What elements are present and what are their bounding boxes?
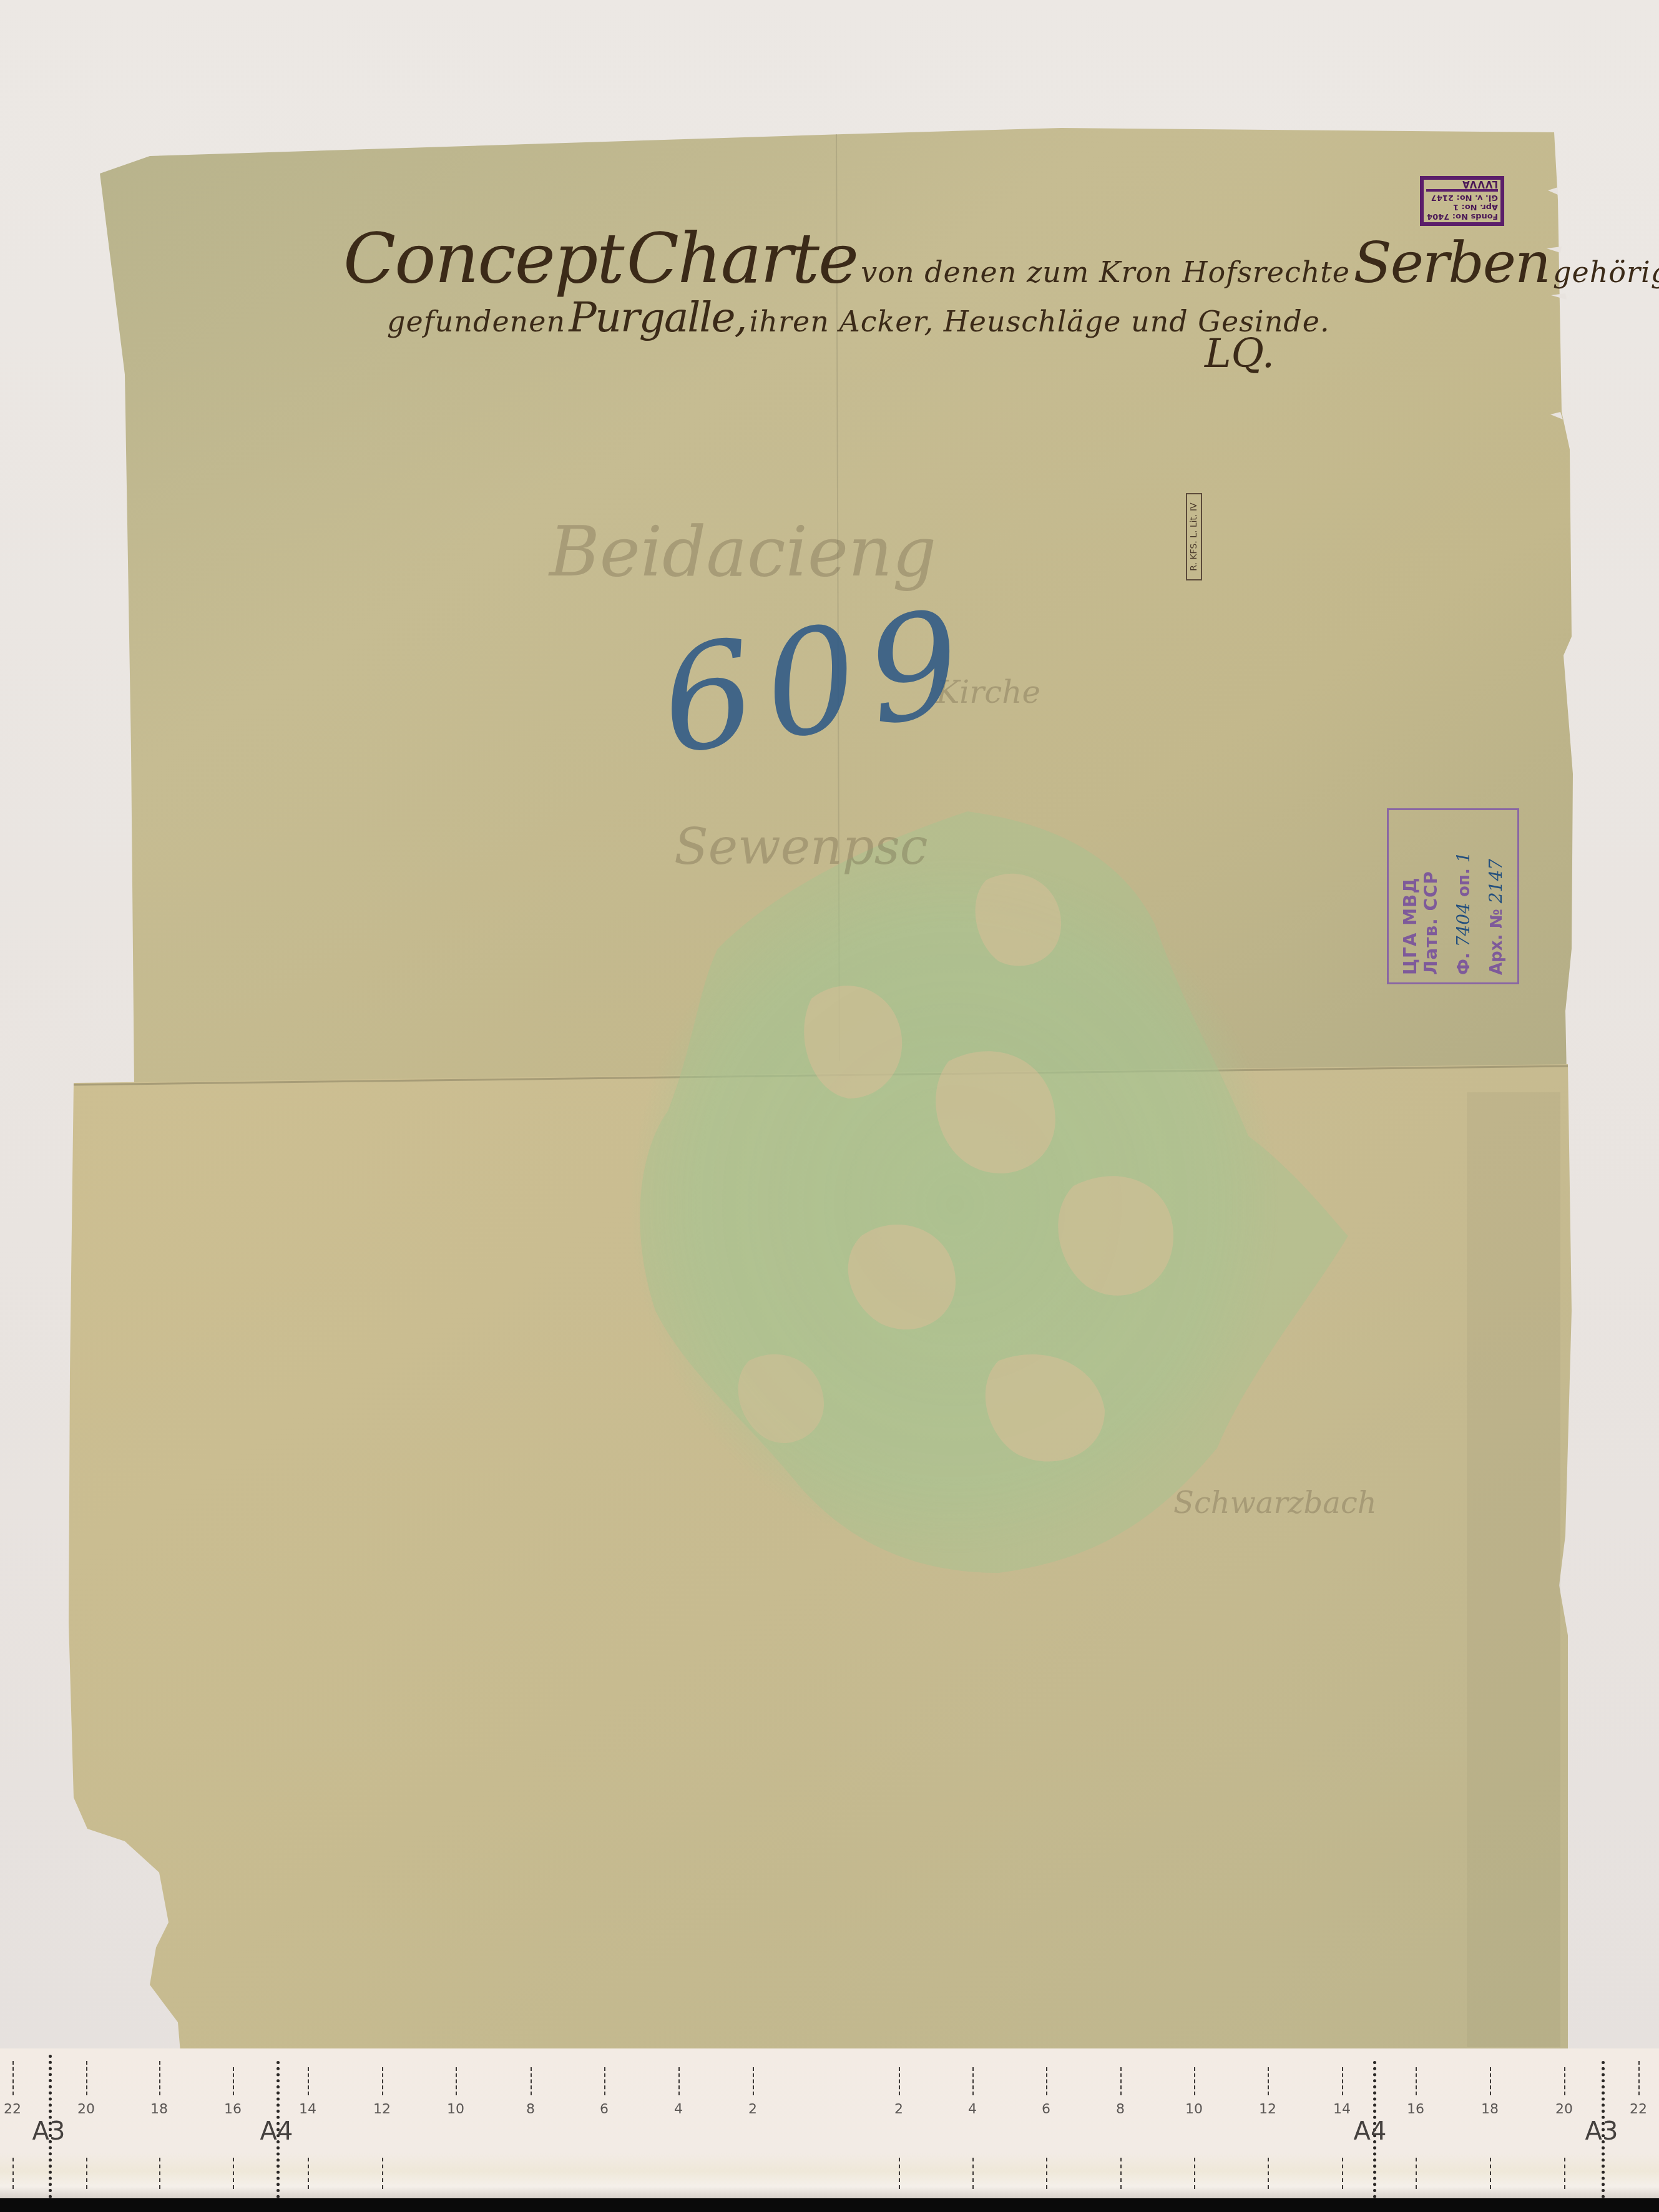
ruler-tick bbox=[972, 2158, 975, 2189]
ruler-label: 6 bbox=[1042, 2102, 1050, 2117]
ruler-label: 12 bbox=[373, 2102, 391, 2117]
ruler-label: 4 bbox=[674, 2102, 683, 2117]
ruler-label: 20 bbox=[1555, 2102, 1573, 2117]
stamp-glv: Gl. v. No: 2147 bbox=[1426, 193, 1498, 202]
ruler-tick bbox=[1638, 2061, 1641, 2095]
scale-ruler: 22 20 18 16 14 12 10 8 6 4 2 2 4 6 8 10 … bbox=[0, 2048, 1659, 2198]
small-stamp-text: R. KFS. L. Lit. IV bbox=[1189, 502, 1199, 570]
ruler-label: 14 bbox=[299, 2102, 316, 2117]
ruler-label: 20 bbox=[77, 2102, 95, 2117]
ruler-label: 16 bbox=[1407, 2102, 1424, 2117]
author-initials: LQ. bbox=[1205, 331, 1275, 377]
faint-text-3: Schwarzbach bbox=[1173, 1485, 1377, 1520]
ruler-tick bbox=[1564, 2067, 1567, 2095]
ruler-tick bbox=[1268, 2158, 1270, 2189]
ruler-tick bbox=[1194, 2158, 1197, 2189]
ruler-tick bbox=[456, 2067, 458, 2095]
ruler-tick bbox=[382, 2158, 384, 2189]
title-phrase-1: von denen zum Kron Hofsrechte bbox=[861, 255, 1350, 289]
ruler-tick bbox=[899, 2067, 901, 2095]
ruler-tick bbox=[1490, 2158, 1492, 2189]
title-line-1: Concept Charte von denen zum Kron Hofsre… bbox=[343, 218, 1659, 298]
title-word-concept: Concept bbox=[343, 218, 624, 298]
stamp-fond-line: Ф. 7404 оп. 1 bbox=[1453, 818, 1474, 975]
ruler-label: 2 bbox=[748, 2102, 757, 2117]
ruler-tick bbox=[1194, 2067, 1197, 2095]
ruler-tick bbox=[753, 2067, 755, 2095]
ruler-label-a4-left: A4 bbox=[260, 2117, 293, 2146]
title-word-serben: Serben bbox=[1353, 230, 1550, 296]
ruler-tick bbox=[1046, 2067, 1049, 2095]
ruler-tick bbox=[1046, 2158, 1049, 2189]
ruler-tick bbox=[308, 2067, 310, 2095]
title-phrase-3: gefundenen bbox=[387, 305, 565, 338]
ruler-tick bbox=[159, 2158, 162, 2189]
ruler-tick bbox=[1490, 2067, 1492, 2095]
title-phrase-2: gehörigen Neu bbox=[1553, 255, 1659, 289]
ruler-tick bbox=[159, 2061, 162, 2095]
ruler-tick bbox=[1120, 2158, 1123, 2189]
stamp-footer: LVVVA bbox=[1426, 179, 1498, 192]
ruler-label: 22 bbox=[1630, 2102, 1647, 2117]
ruler-label: 10 bbox=[447, 2102, 464, 2117]
ruler-tick bbox=[308, 2158, 310, 2189]
ruler-tick bbox=[604, 2067, 607, 2095]
stamp-archive-name: ЦГА МВД Латв. ССР bbox=[1400, 818, 1441, 975]
ruler-tick bbox=[233, 2158, 235, 2189]
ruler-tick bbox=[1120, 2067, 1123, 2095]
ruler-tick bbox=[1342, 2067, 1344, 2095]
ruler-label: 22 bbox=[4, 2102, 21, 2117]
stamp-apr: Apr. No: 1 bbox=[1426, 202, 1498, 212]
ruler-tick bbox=[382, 2067, 384, 2095]
ruler-label: 16 bbox=[224, 2102, 242, 2117]
ruler-tick bbox=[531, 2067, 533, 2095]
archive-stamp-cga: ЦГА МВД Латв. ССР Ф. 7404 оп. 1 Арх. № 2… bbox=[1387, 808, 1519, 984]
ruler-label: 10 bbox=[1185, 2102, 1203, 2117]
ruler-label: 18 bbox=[1481, 2102, 1499, 2117]
ruler-tick bbox=[1564, 2158, 1567, 2189]
stamp-fonds: Fonds No: 7404 bbox=[1426, 212, 1498, 221]
ruler-label: 12 bbox=[1259, 2102, 1276, 2117]
ruler-label: 14 bbox=[1333, 2102, 1351, 2117]
ruler-tick bbox=[86, 2061, 89, 2095]
ruler-tick bbox=[1416, 2158, 1418, 2189]
ruler-tick bbox=[12, 2158, 15, 2189]
ruler-tick bbox=[678, 2067, 681, 2095]
ruler-tick bbox=[86, 2158, 89, 2189]
ruler-tick bbox=[899, 2158, 901, 2189]
ruler-label-a3-right: A3 bbox=[1585, 2117, 1618, 2146]
ruler-label: 18 bbox=[150, 2102, 168, 2117]
ruler-label: 8 bbox=[1116, 2102, 1125, 2117]
ruler-label: 4 bbox=[968, 2102, 977, 2117]
ruler-label-a3-left: A3 bbox=[32, 2117, 66, 2146]
ruler-tick bbox=[233, 2067, 235, 2095]
faint-text-2: Sewenpsc bbox=[674, 818, 928, 876]
ruler-label: 6 bbox=[600, 2102, 609, 2117]
scanner-edge bbox=[0, 2198, 1659, 2212]
faint-text-1: Beidacieng bbox=[549, 512, 936, 592]
ruler-label-a4-right: A4 bbox=[1354, 2117, 1387, 2146]
ruler-label: 8 bbox=[526, 2102, 535, 2117]
ruler-tick bbox=[12, 2061, 15, 2095]
stamp-arch-no-line: Арх. № 2147 bbox=[1485, 818, 1506, 975]
ruler-tick bbox=[1416, 2067, 1418, 2095]
archive-stamp-lvvva: Fonds No: 7404 Apr. No: 1 Gl. v. No: 214… bbox=[1420, 176, 1504, 226]
title-word-purgalle: Purgalle, bbox=[569, 293, 746, 341]
ruler-tick bbox=[1342, 2158, 1344, 2189]
small-reference-stamp: R. KFS. L. Lit. IV bbox=[1186, 493, 1202, 580]
ruler-tick bbox=[972, 2067, 975, 2095]
ruler-tick bbox=[1268, 2067, 1270, 2095]
title-word-charte: Charte bbox=[627, 218, 858, 298]
title-line-2: gefundenen Purgalle, ihren Acker, Heusch… bbox=[387, 293, 1330, 341]
ruler-label: 2 bbox=[894, 2102, 903, 2117]
